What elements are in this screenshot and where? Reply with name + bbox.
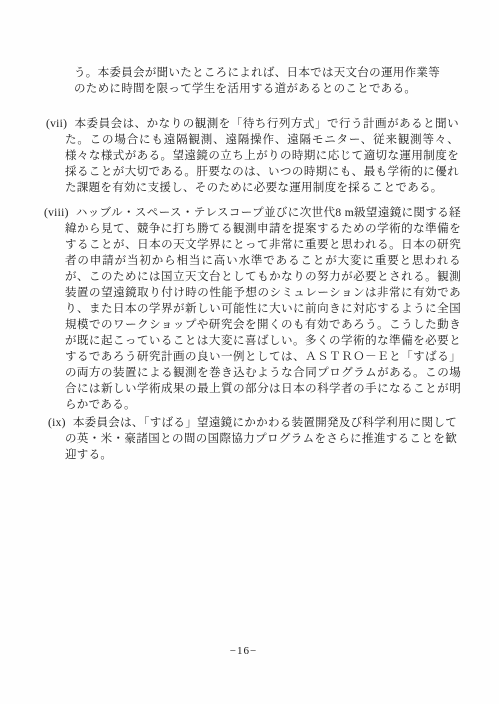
- document-page: う。本委員会が聞いたところによれば、日本では天文台の運用作業等のために時間を限っ…: [0, 0, 499, 704]
- paragraph-continuation: う。本委員会が聞いたところによれば、日本では天文台の運用作業等のために時間を限っ…: [74, 65, 440, 97]
- list-item-vii: (vii)本委員会は、かなりの観測を「待ち行列方式」で行う計画があると聞いた。こ…: [46, 116, 459, 196]
- paragraph-text: ハッブル・スペース・テレスコープ並びに次世代8 m級望遠鏡に関する経緯から見て、…: [65, 207, 461, 411]
- paragraph-text: 本委員会は、かなりの観測を「待ち行列方式」で行う計画があると聞いた。この場合にも…: [65, 118, 459, 194]
- list-marker: (vii): [46, 118, 67, 130]
- paragraph-text: う。本委員会が聞いたところによれば、日本では天文台の運用作業等のために時間を限っ…: [74, 67, 440, 95]
- list-marker: (ix): [48, 417, 66, 429]
- page-number: −16−: [0, 645, 487, 657]
- list-item-viii: (viii)ハッブル・スペース・テレスコープ並びに次世代8 m級望遠鏡に関する経…: [44, 205, 461, 413]
- paragraph-text: 本委員会は、「すばる」望遠鏡にかかわる装置開発及び科学利用に関しての英・米・豪諸…: [65, 417, 457, 461]
- list-item-ix: (ix)本委員会は、「すばる」望遠鏡にかかわる装置開発及び科学利用に関しての英・…: [48, 415, 457, 463]
- list-marker: (viii): [44, 207, 69, 219]
